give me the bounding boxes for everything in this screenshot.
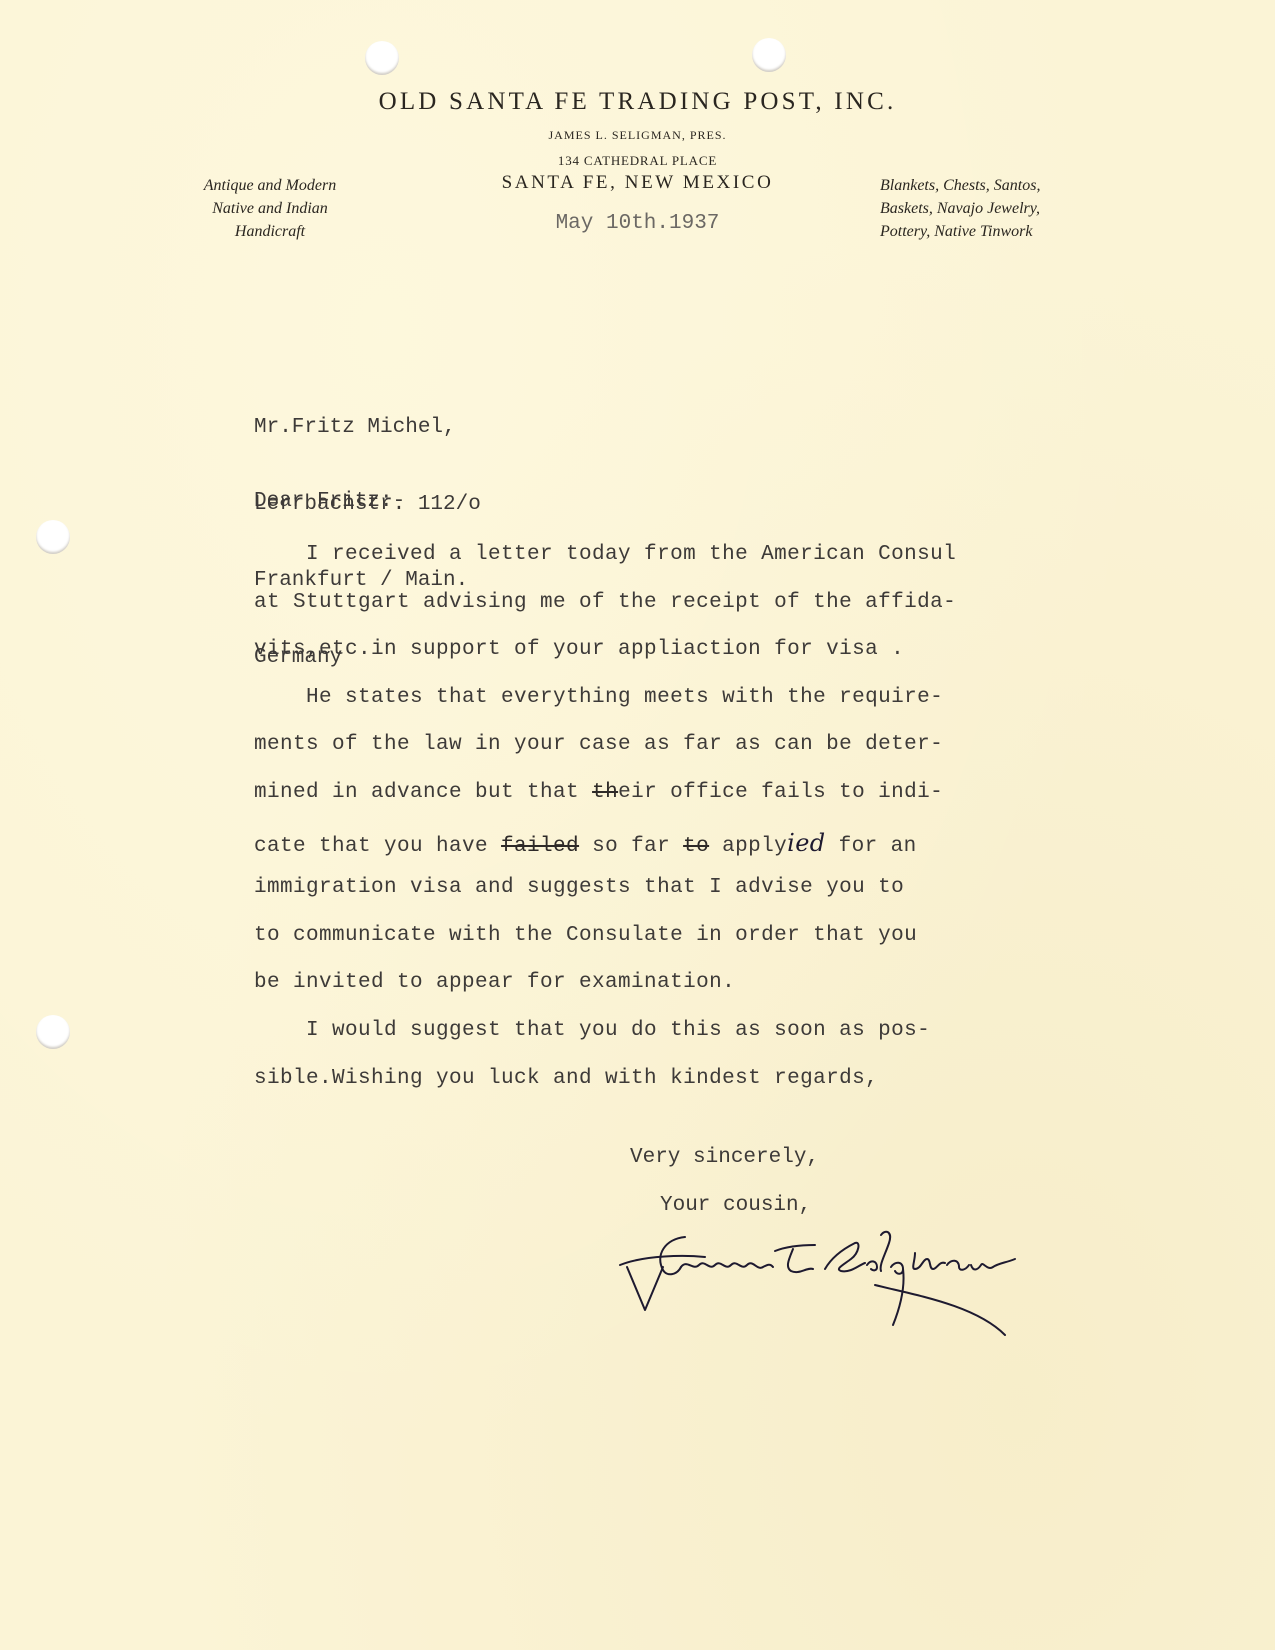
body-text: sible.Wishing you luck and with kindest … [254,1067,878,1090]
president-line: JAMES L. SELIGMAN, PRES. [0,128,1275,143]
body-text: for an [826,835,917,858]
handwritten-correction: ied [787,829,825,857]
body-text: at Stuttgart advising me of the receipt … [254,591,956,614]
body-line: vits,etc.in support of your appliaction … [254,638,904,661]
punch-hole [752,38,786,72]
company-name: OLD SANTA FE TRADING POST, INC. [0,88,1275,116]
body-text: be invited to appear for examination. [254,971,735,994]
signature-icon [615,1225,1135,1345]
punch-hole [36,1015,70,1049]
punch-hole [365,41,399,75]
body-text: I would suggest that you do this as soon… [254,1019,930,1042]
body-line: ments of the law in your case as far as … [254,733,943,756]
closing: Very sincerely, [630,1146,819,1169]
relation-line: Your cousin, [660,1194,811,1217]
body-line: I received a letter today from the Ameri… [254,543,956,566]
body-text: vits,etc.in support of your appliaction … [254,638,904,661]
body-text: cate that you have [254,835,501,858]
struck-text: th [592,781,618,804]
body-line: I would suggest that you do this as soon… [254,1019,930,1042]
body-text: I received a letter today from the Ameri… [254,543,956,566]
body-text: He states that everything meets with the… [254,686,943,709]
body-line: He states that everything meets with the… [254,686,943,709]
letter-date: May 10th.1937 [0,212,1275,235]
body-text: ments of the law in your case as far as … [254,733,943,756]
body-line: immigration visa and suggests that I adv… [254,876,904,899]
struck-text: to [683,835,709,858]
body-text: immigration visa and suggests that I adv… [254,876,904,899]
body-line: sible.Wishing you luck and with kindest … [254,1067,878,1090]
body-line: mined in advance but that their office f… [254,781,943,804]
body-text: eir office fails to indi- [618,781,943,804]
street-address: 134 CATHEDRAL PLACE [0,153,1275,169]
salutation: Dear Fritz:- [254,490,405,513]
letter-page: OLD SANTA FE TRADING POST, INC. JAMES L.… [0,0,1275,1650]
body-line: be invited to appear for examination. [254,971,735,994]
struck-text: failed [501,835,579,858]
body-line: at Stuttgart advising me of the receipt … [254,591,956,614]
punch-hole [36,520,70,554]
signature [615,1225,1135,1350]
address-line: Mr.Fritz Michel, [254,415,481,441]
tagline-line: Antique and Modern [170,174,370,197]
body-text: so far [579,835,683,858]
body-text: mined in advance but that [254,781,592,804]
body-text: to communicate with the Consulate in ord… [254,924,917,947]
tagline-line: Blankets, Chests, Santos, [880,174,1100,197]
body-line: to communicate with the Consulate in ord… [254,924,917,947]
body-text: apply [709,835,787,858]
body-line: cate that you have failed so far to appl… [254,829,917,858]
